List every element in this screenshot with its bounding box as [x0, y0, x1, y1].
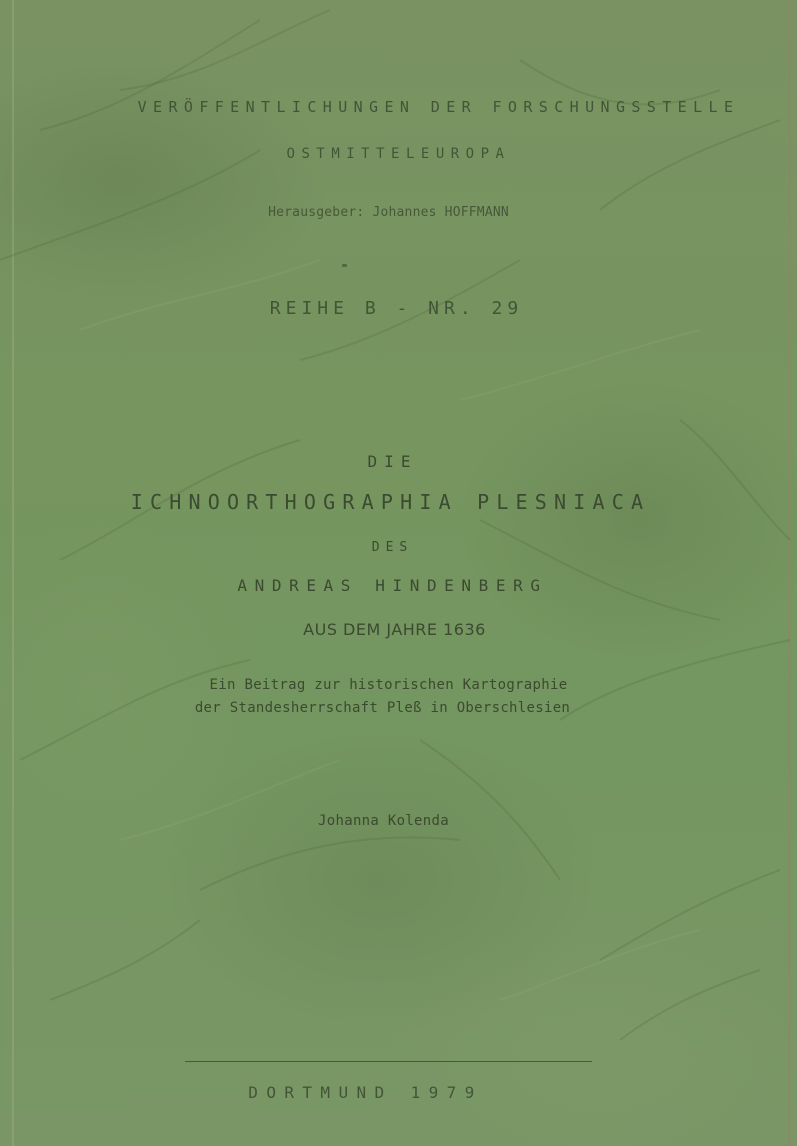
subtitle-line-1: Ein Beitrag zur historischen Kartographi… — [0, 677, 787, 693]
historical-author: ANDREAS HINDENBERG — [0, 576, 791, 595]
cover-edge — [788, 0, 791, 1146]
leather-texture-pattern — [0, 0, 797, 1146]
title-article: DIE — [0, 452, 791, 471]
author-name: Johanna Kolenda — [0, 813, 782, 829]
subtitle-line-2: der Standesherrschaft Pleß in Oberschles… — [0, 700, 781, 716]
series-title: VERÖFFENTLICHUNGEN DER FORSCHUNGSSTELLE — [40, 98, 797, 116]
title-connector: DES — [0, 540, 791, 555]
horizontal-rule — [185, 1061, 592, 1062]
series-subtitle: OSTMITTELEUROPA — [0, 146, 797, 162]
separator-dot — [342, 264, 347, 267]
main-title: ICHNOORTHOGRAPHIA PLESNIACA — [0, 490, 789, 514]
series-number: REIHE B - NR. 29 — [0, 298, 795, 319]
imprint: DORTMUND 1979 — [0, 1083, 764, 1102]
spine-crease — [12, 0, 14, 1146]
book-cover: VERÖFFENTLICHUNGEN DER FORSCHUNGSSTELLE … — [0, 0, 797, 1146]
editor-line: Herausgeber: Johannes HOFFMANN — [0, 205, 787, 220]
year-line: AUS DEM JAHRE 1636 — [0, 620, 793, 639]
